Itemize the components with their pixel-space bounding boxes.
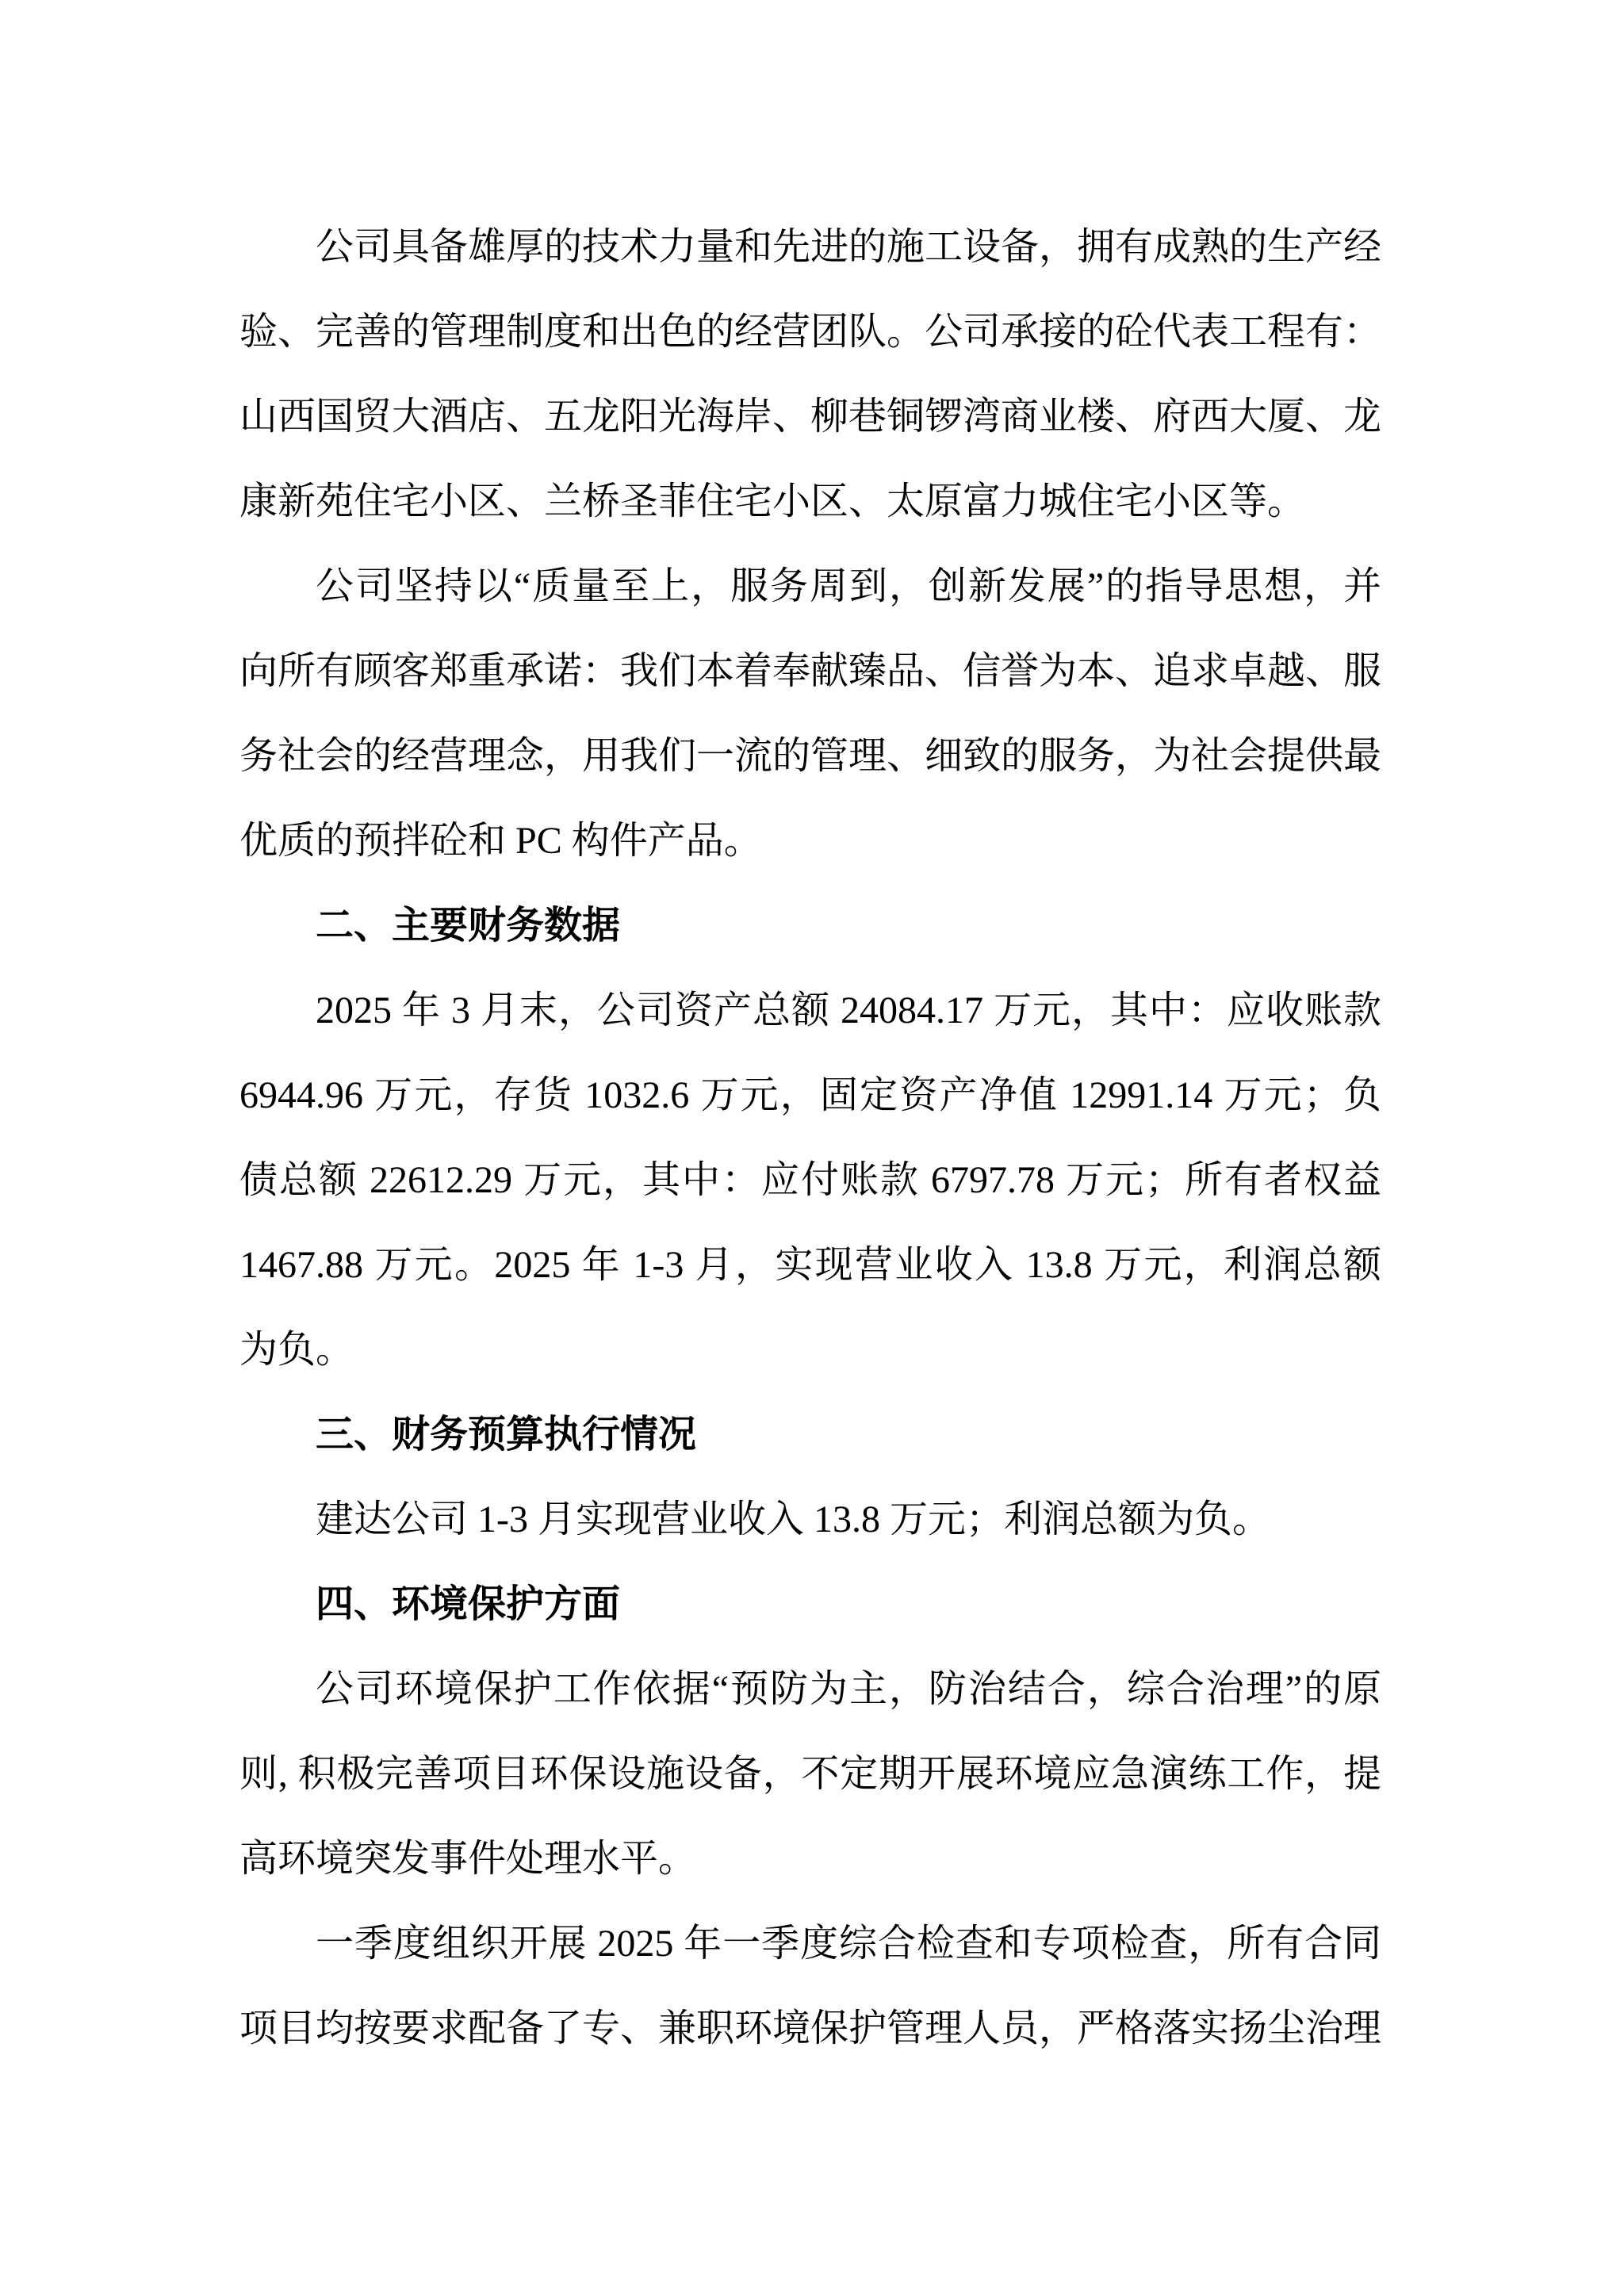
paragraph-line: 债总额 22612.29 万元，其中：应付账款 6797.78 万元；所有者权益	[239, 1138, 1381, 1223]
paragraph-line: 公司环境保护工作依据“预防为主，防治结合，综合治理”的原	[239, 1647, 1381, 1732]
paragraph-line: 高环境突发事件处理水平。	[239, 1816, 1381, 1901]
section-heading: 二、主要财务数据	[239, 883, 1381, 968]
paragraph-line: 建达公司 1-3 月实现营业收入 13.8 万元；利润总额为负。	[239, 1477, 1381, 1562]
document-page: 公司具备雄厚的技术力量和先进的施工设备，拥有成熟的生产经验、完善的管理制度和出色…	[0, 0, 1624, 2296]
section-heading: 三、财务预算执行情况	[239, 1392, 1381, 1477]
paragraph-line: 为负。	[239, 1307, 1381, 1392]
paragraph-line: 务社会的经营理念，用我们一流的管理、细致的服务，为社会提供最	[239, 714, 1381, 798]
paragraph-line: 向所有顾客郑重承诺：我们本着奉献臻品、信誉为本、追求卓越、服	[239, 629, 1381, 714]
paragraph-line: 项目均按要求配备了专、兼职环境保护管理人员，严格落实扬尘治理	[239, 1986, 1381, 2071]
paragraph-line: 6944.96 万元，存货 1032.6 万元，固定资产净值 12991.14 …	[239, 1053, 1381, 1138]
paragraph-line: 公司具备雄厚的技术力量和先进的施工设备，拥有成熟的生产经	[239, 205, 1381, 289]
paragraph-line: 山西国贸大酒店、五龙阳光海岸、柳巷铜锣湾商业楼、府西大厦、龙	[239, 374, 1381, 459]
document-body: 公司具备雄厚的技术力量和先进的施工设备，拥有成熟的生产经验、完善的管理制度和出色…	[239, 205, 1381, 2071]
paragraph-line: 康新苑住宅小区、兰桥圣菲住宅小区、太原富力城住宅小区等。	[239, 459, 1381, 544]
section-heading: 四、环境保护方面	[239, 1562, 1381, 1647]
paragraph-line: 公司坚持以“质量至上，服务周到，创新发展”的指导思想，并	[239, 544, 1381, 629]
paragraph-line: 2025 年 3 月末，公司资产总额 24084.17 万元，其中：应收账款	[239, 968, 1381, 1053]
paragraph-line: 验、完善的管理制度和出色的经营团队。公司承接的砼代表工程有：	[239, 289, 1381, 374]
paragraph-line: 1467.88 万元。2025 年 1-3 月，实现营业收入 13.8 万元，利…	[239, 1223, 1381, 1307]
paragraph-line: 一季度组织开展 2025 年一季度综合检查和专项检查，所有合同	[239, 1901, 1381, 1986]
paragraph-line: 优质的预拌砼和 PC 构件产品。	[239, 798, 1381, 883]
paragraph-line: 则, 积极完善项目环保设施设备，不定期开展环境应急演练工作，提	[239, 1732, 1381, 1816]
